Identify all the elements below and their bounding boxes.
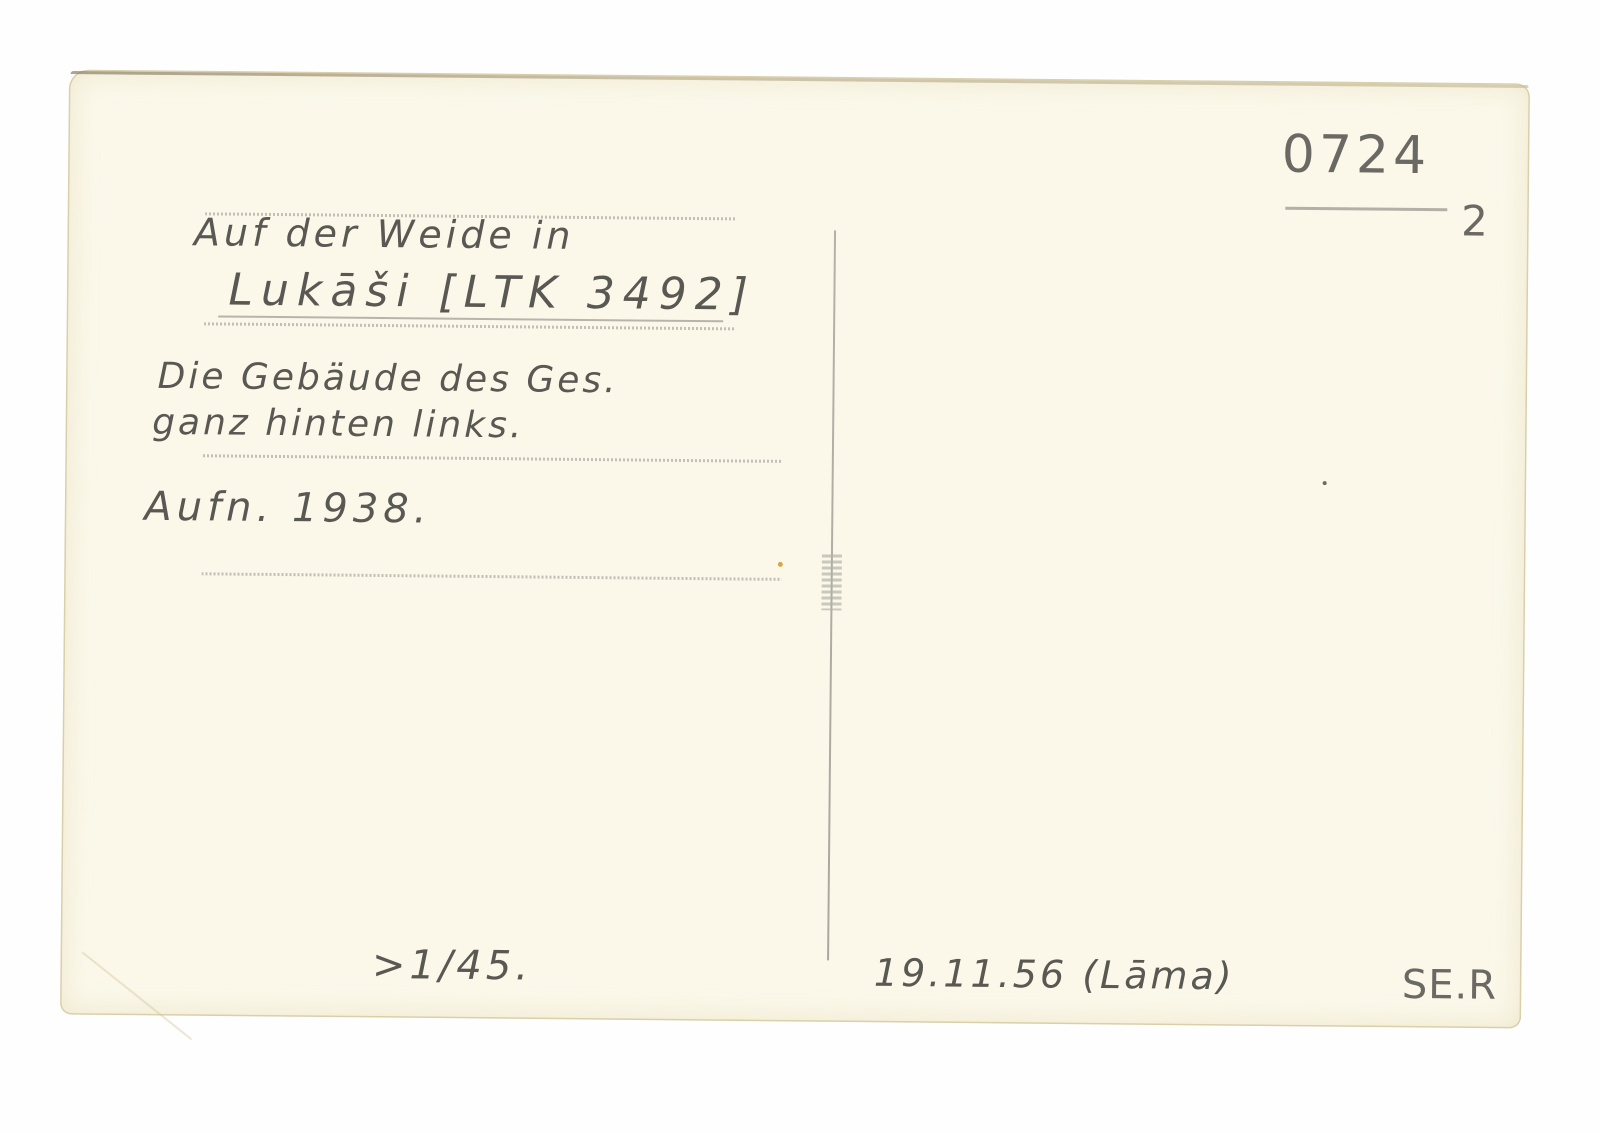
archive-number: 0724 (1282, 125, 1431, 186)
archive-number-underline (1285, 207, 1447, 212)
scan-background: Auf der Weide in Lukāši [LTK 3492] Die G… (0, 0, 1600, 1133)
divider-imprint-mark (821, 554, 842, 610)
caption-line-3: Die Gebäude des Ges. (157, 356, 618, 401)
writing-line-4 (202, 572, 782, 581)
bottom-left-note: >1/45. (372, 942, 532, 990)
writing-line-3 (203, 454, 783, 463)
writing-line-2 (204, 322, 734, 330)
archive-subnumber: 2 (1461, 196, 1490, 245)
stain-speck (778, 562, 783, 567)
postcard-back: Auf der Weide in Lukāši [LTK 3492] Die G… (62, 71, 1529, 1027)
bottom-right-initials: SE.R (1402, 962, 1498, 1009)
corner-fold-crease (81, 951, 192, 1040)
caption-line-1: Auf der Weide in (194, 210, 575, 258)
ink-speck (1323, 481, 1327, 485)
caption-line-4: ganz hinten links. (152, 402, 524, 447)
bottom-middle-note: 19.11.56 (Lāma) (874, 951, 1235, 998)
caption-line-2-place: Lukāši [LTK 3492] (228, 265, 756, 321)
caption-date-taken: Aufn. 1938. (144, 484, 432, 533)
